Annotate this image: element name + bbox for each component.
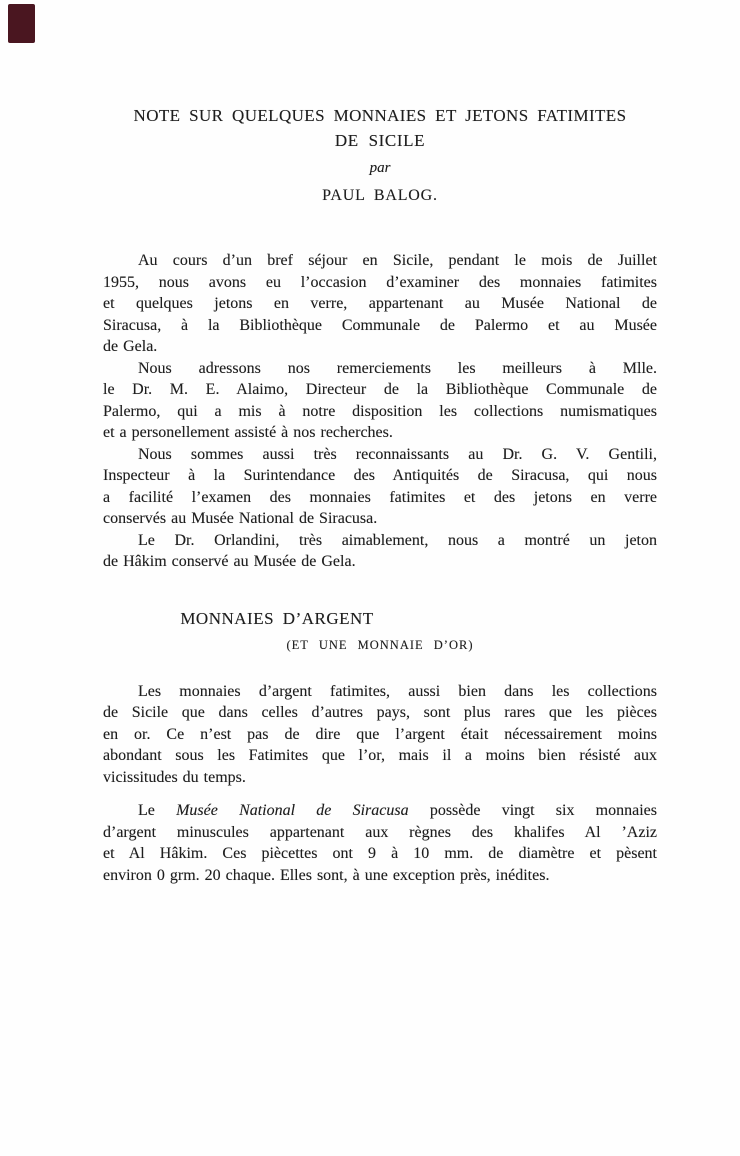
text-line: Les monnaies d’argent fatimites, aussi b… [103,681,657,703]
paragraph: Nous adressons nos remerciements les mei… [103,358,657,444]
text-line: abondant sous les Fatimites que l’or, ma… [103,745,657,767]
section-subheading: (ET UNE MONNAIE D’OR) [103,637,657,653]
paragraph: Le Musée National de Siracusa possède vi… [103,800,657,886]
scanned-paper-page: NOTE SUR QUELQUES MONNAIES ET JETONS FAT… [0,0,740,1156]
text-line: d’argent minuscules appartenant aux règn… [103,822,657,844]
corner-ink-mark [8,4,35,43]
paper-title-line1: NOTE SUR QUELQUES MONNAIES ET JETONS FAT… [103,106,657,126]
text-line: environ 0 grm. 20 chaque. Elles sont, à … [103,865,657,887]
text-line: Le Musée National de Siracusa possède vi… [103,800,657,822]
text-line: et Al Hâkim. Ces piècettes ont 9 à 10 mm… [103,843,657,865]
text-line: de Sicile que dans celles d’autres pays,… [103,702,657,724]
text-line: Au cours d’un bref séjour en Sicile, pen… [103,250,657,272]
text-line: conservés au Musée National de Siracusa. [103,508,657,530]
text-line: 1955, nous avons eu l’occasion d’examine… [103,272,657,294]
text-line: a facilité l’examen des monnaies fatimit… [103,487,657,509]
text-line: et a personellement assisté à nos recher… [103,422,657,444]
paragraph: Les monnaies d’argent fatimites, aussi b… [103,681,657,789]
text-line: Le Dr. Orlandini, très aimablement, nous… [103,530,657,552]
text-line: vicissitudes du temps. [103,767,657,789]
author-name: PAUL BALOG. [103,186,657,206]
byline-prefix: par [103,159,657,178]
text-line: Inspecteur à la Surintendance des Antiqu… [103,465,657,487]
text-line: Siracusa, à la Bibliothèque Communale de… [103,315,657,337]
intro-paragraphs: Au cours d’un bref séjour en Sicile, pen… [103,250,657,573]
text-line: et quelques jetons en verre, appartenant… [103,293,657,315]
italic-phrase: Musée National de Siracusa [176,802,409,819]
text-segment: possède vingt six monnaies [409,802,657,819]
paragraph: Nous sommes aussi très reconnaissants au… [103,444,657,530]
paper-title-line2: DE SICILE [103,131,657,151]
text-line: en or. Ce n’est pas de dire que l’argent… [103,724,657,746]
text-line: Nous adressons nos remerciements les mei… [103,358,657,380]
section-paragraphs: Les monnaies d’argent fatimites, aussi b… [103,681,657,887]
text-line: Nous sommes aussi très reconnaissants au… [103,444,657,466]
paragraph: Au cours d’un bref séjour en Sicile, pen… [103,250,657,358]
text-line: Palermo, qui a mis à notre disposition l… [103,401,657,423]
paper-header: NOTE SUR QUELQUES MONNAIES ET JETONS FAT… [103,0,657,206]
section-heading: MONNAIES D’ARGENT [0,609,554,629]
paragraph: Le Dr. Orlandini, très aimablement, nous… [103,530,657,573]
text-line: de Gela. [103,336,657,358]
text-segment: Le [138,802,176,819]
text-line: le Dr. M. E. Alaimo, Directeur de la Bib… [103,379,657,401]
text-line: de Hâkim conservé au Musée de Gela. [103,551,657,573]
